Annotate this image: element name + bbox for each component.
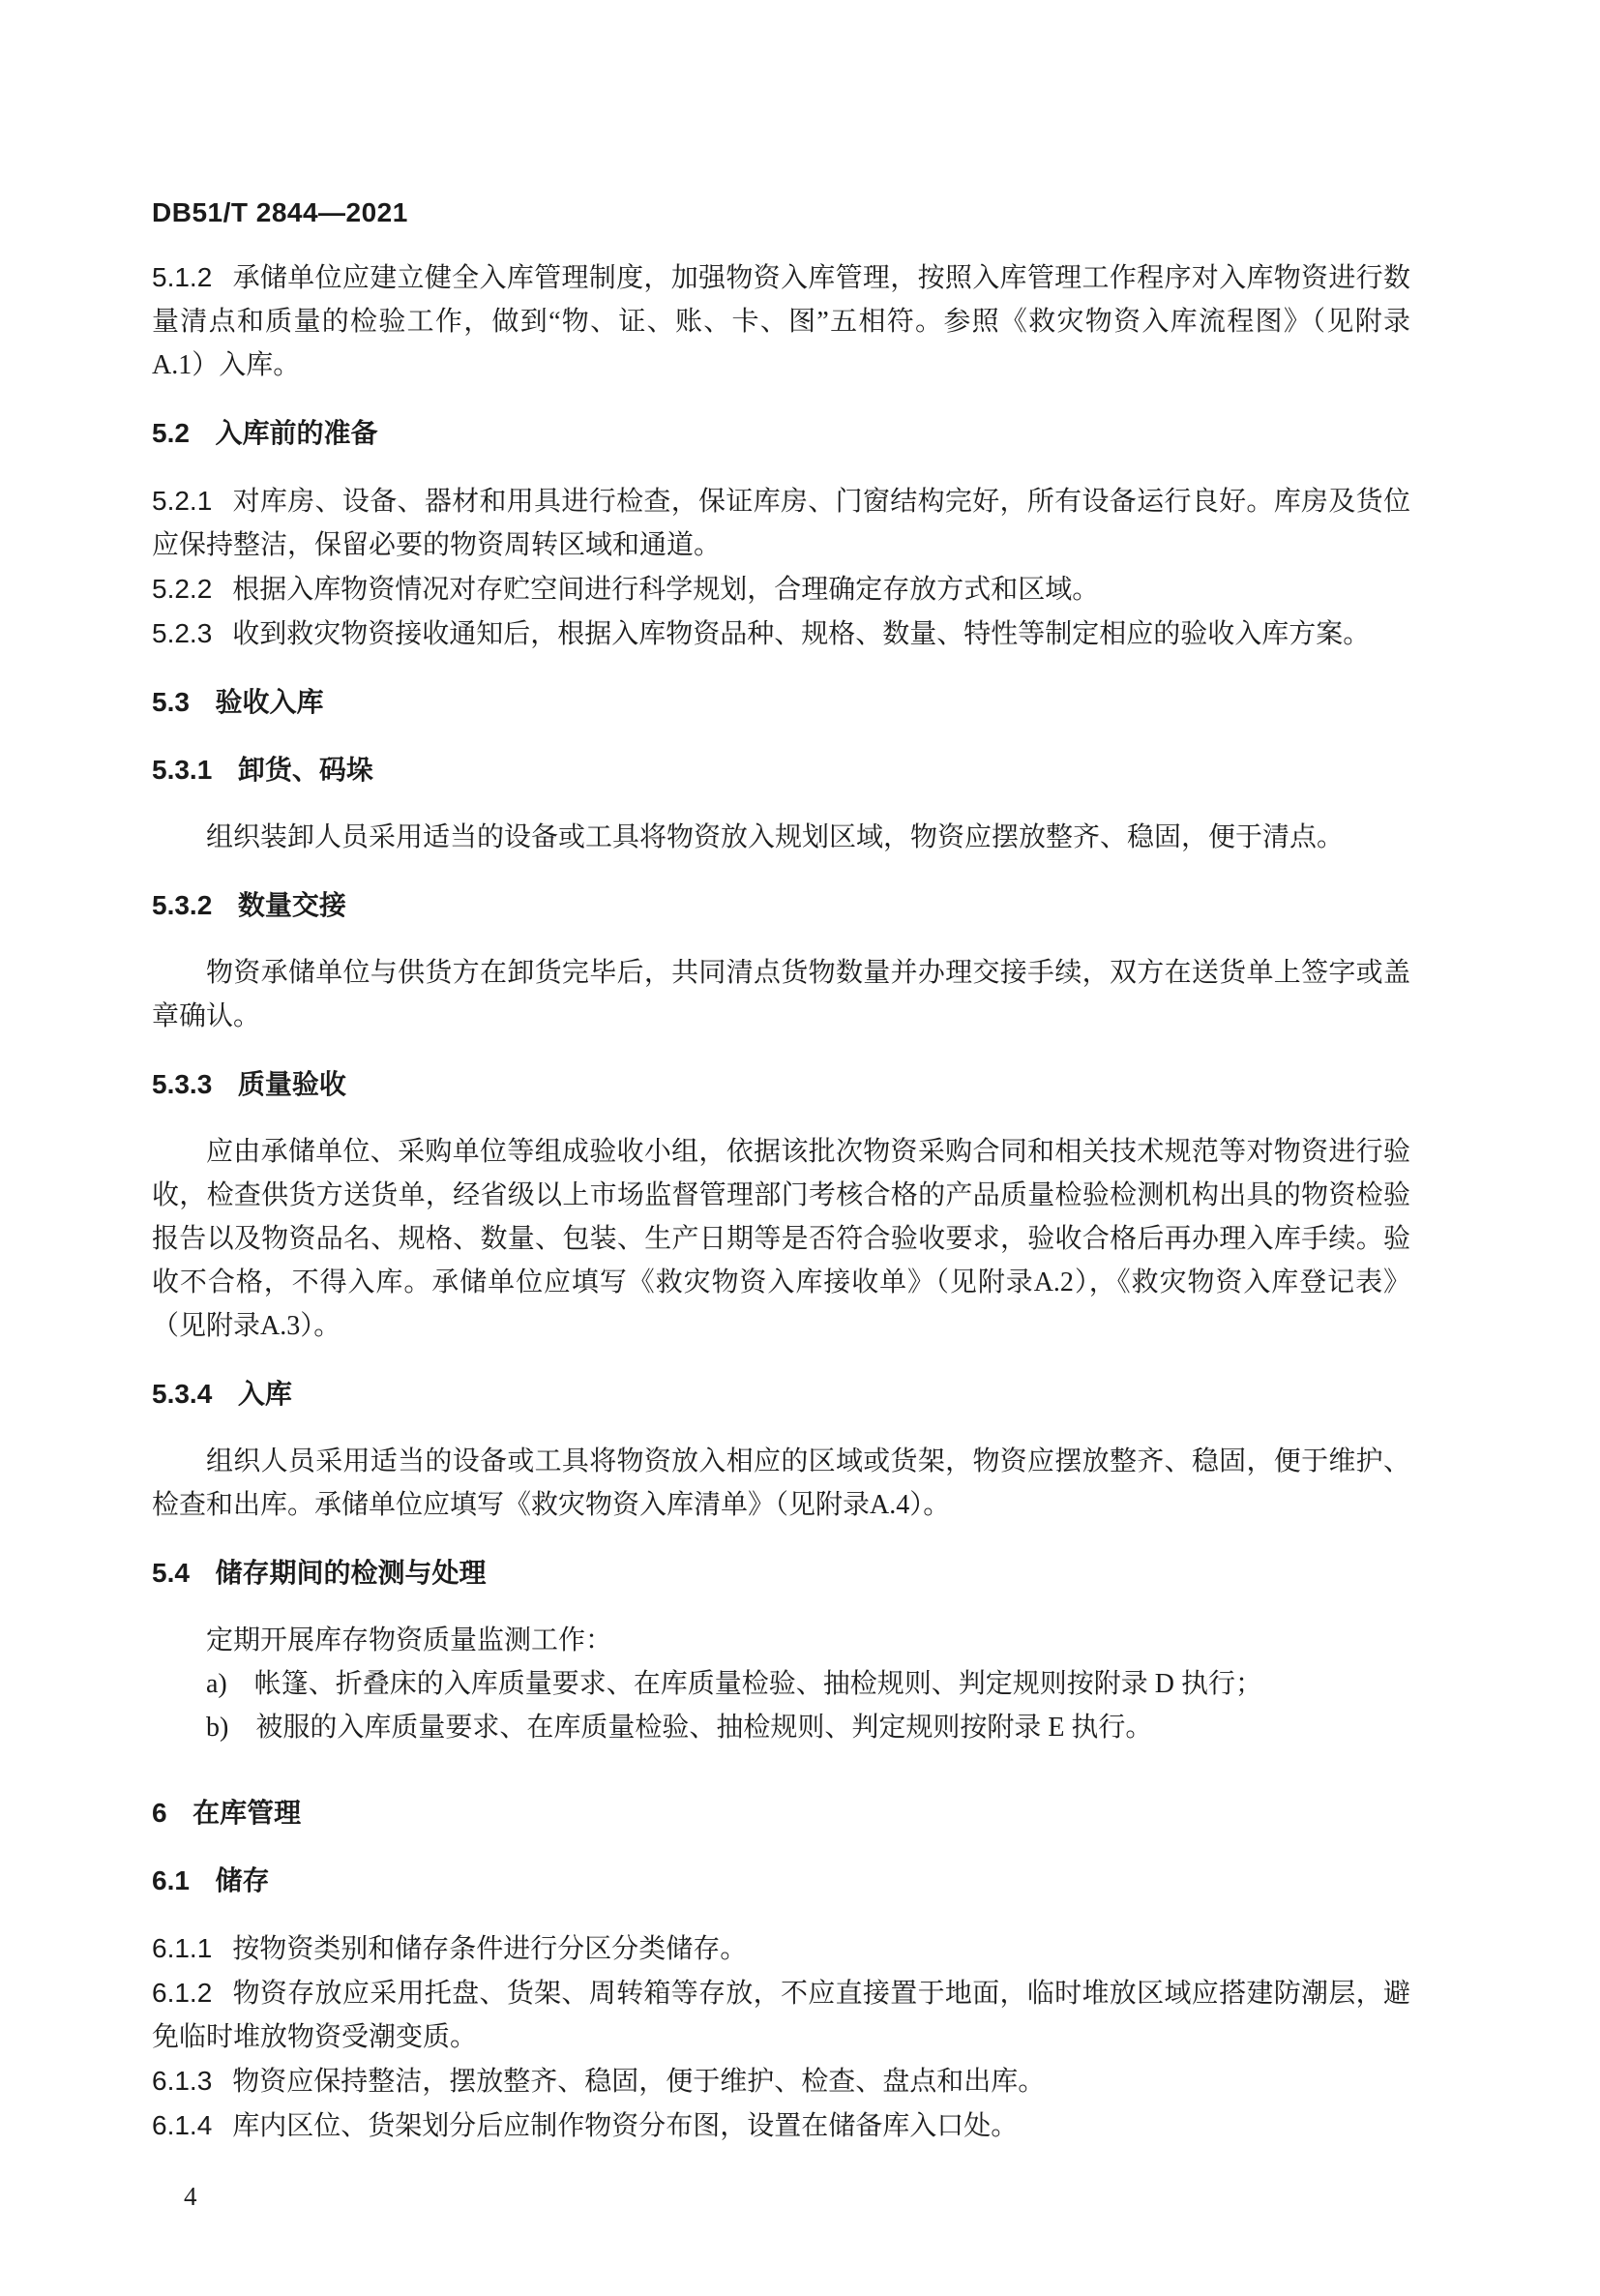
list-item-b: b)被服的入库质量要求、在库质量检验、抽检规则、判定规则按附录 E 执行。: [152, 1706, 1410, 1749]
clause-6-1-1: 6.1.1按物资类别和储存条件进行分区分类储存。: [152, 1926, 1410, 1971]
paragraph-5-3-4: 组织人员采用适当的设备或工具将物资放入相应的区域或货架，物资应摆放整齐、稳固，便…: [152, 1440, 1410, 1527]
heading-5-3-2: 5.3.2数量交接: [152, 883, 1410, 927]
clause-text: 物资应保持整洁，摆放整齐、稳固，便于维护、检查、盘点和出库。: [232, 2067, 1045, 2097]
list-item-a: a)帐篷、折叠床的入库质量要求、在库质量检验、抽检规则、判定规则按附录 D 执行…: [152, 1662, 1410, 1706]
heading-5-3-4: 5.3.4入库: [152, 1372, 1410, 1416]
clause-6-1-3: 6.1.3物资应保持整洁，摆放整齐、稳固，便于维护、检查、盘点和出库。: [152, 2059, 1410, 2103]
clause-text: 根据入库物资情况对存贮空间进行科学规划，合理确定存放方式和区域。: [232, 575, 1099, 605]
document-page: DB51/T 2844—2021 5.1.2承储单位应建立健全入库管理制度，加强…: [0, 0, 1600, 2296]
clause-number: 5.1.2: [152, 262, 212, 292]
list-item-text: 帐篷、折叠床的入库质量要求、在库质量检验、抽检规则、判定规则按附录 D 执行；: [254, 1669, 1262, 1699]
heading-6-1: 6.1储存: [152, 1859, 1410, 1902]
heading-title: 储存: [216, 1865, 270, 1895]
heading-title: 储存期间的检测与处理: [216, 1558, 487, 1588]
clause-text: 按物资类别和储存条件进行分区分类储存。: [232, 1934, 747, 1964]
heading-title: 数量交接: [238, 890, 346, 920]
list-item-text: 被服的入库质量要求、在库质量检验、抽检规则、判定规则按附录 E 执行。: [255, 1713, 1152, 1743]
heading-title: 入库: [238, 1379, 292, 1409]
paragraph-5-3-2: 物资承储单位与供货方在卸货完毕后，共同清点货物数量并办理交接手续，双方在送货单上…: [152, 951, 1410, 1038]
clause-text: 物资存放应采用托盘、货架、周转箱等存放，不应直接置于地面，临时堆放区域应搭建防潮…: [152, 1979, 1410, 2052]
clause-5-2-3: 5.2.3收到救灾物资接收通知后，根据入库物资品种、规格、数量、特性等制定相应的…: [152, 611, 1410, 656]
clause-number: 6.1.2: [152, 1978, 212, 2008]
heading-title: 质量验收: [238, 1069, 346, 1099]
heading-5-4: 5.4储存期间的检测与处理: [152, 1551, 1410, 1595]
list-marker: b): [206, 1713, 228, 1743]
clause-5-1-2: 5.1.2承储单位应建立健全入库管理制度，加强物资入库管理，按照入库管理工作程序…: [152, 255, 1410, 387]
heading-number: 5.3.3: [152, 1069, 212, 1099]
clause-number: 6.1.1: [152, 1933, 212, 1963]
heading-5-3-3: 5.3.3质量验收: [152, 1062, 1410, 1106]
heading-number: 5.2: [152, 418, 190, 448]
heading-5-3: 5.3验收入库: [152, 680, 1410, 724]
heading-number: 5.3.4: [152, 1379, 212, 1409]
paragraph-5-3-3: 应由承储单位、采购单位等组成验收小组，依据该批次物资采购合同和相关技术规范等对物…: [152, 1130, 1410, 1348]
clause-number: 5.2.1: [152, 486, 212, 516]
clause-6-1-4: 6.1.4库内区位、货架划分后应制作物资分布图，设置在储备库入口处。: [152, 2103, 1410, 2148]
list-marker: a): [206, 1669, 227, 1699]
heading-title: 卸货、码垛: [238, 755, 373, 785]
clause-5-2-1: 5.2.1对库房、设备、器材和用具进行检查，保证库房、门窗结构完好，所有设备运行…: [152, 479, 1410, 567]
clause-6-1-2: 6.1.2物资存放应采用托盘、货架、周转箱等存放，不应直接置于地面，临时堆放区域…: [152, 1971, 1410, 2059]
clause-text: 承储单位应建立健全入库管理制度，加强物资入库管理，按照入库管理工作程序对入库物资…: [152, 263, 1410, 380]
heading-title: 入库前的准备: [216, 418, 378, 448]
heading-number: 5.3.2: [152, 890, 212, 920]
clause-number: 5.2.2: [152, 574, 212, 604]
clause-text: 对库房、设备、器材和用具进行检查，保证库房、门窗结构完好，所有设备运行良好。库房…: [152, 487, 1410, 560]
page-number: 4: [184, 2175, 1410, 2219]
heading-number: 5.3: [152, 687, 190, 717]
heading-6: 6在库管理: [152, 1791, 1410, 1834]
document-header: DB51/T 2844—2021: [152, 191, 1410, 234]
heading-title: 验收入库: [216, 687, 324, 717]
clause-text: 库内区位、货架划分后应制作物资分布图，设置在储备库入口处。: [232, 2111, 1018, 2141]
heading-title: 在库管理: [193, 1798, 301, 1828]
heading-number: 5.3.1: [152, 755, 212, 785]
heading-number: 5.4: [152, 1558, 190, 1588]
heading-5-2: 5.2入库前的准备: [152, 411, 1410, 455]
paragraph-5-4-intro: 定期开展库存物资质量监测工作：: [152, 1619, 1410, 1662]
clause-text: 收到救灾物资接收通知后，根据入库物资品种、规格、数量、特性等制定相应的验收入库方…: [232, 619, 1370, 649]
clause-number: 6.1.3: [152, 2066, 212, 2096]
heading-5-3-1: 5.3.1卸货、码垛: [152, 748, 1410, 791]
heading-number: 6: [152, 1798, 167, 1828]
clause-number: 5.2.3: [152, 618, 212, 648]
heading-number: 6.1: [152, 1865, 190, 1895]
clause-number: 6.1.4: [152, 2110, 212, 2140]
clause-5-2-2: 5.2.2根据入库物资情况对存贮空间进行科学规划，合理确定存放方式和区域。: [152, 567, 1410, 611]
paragraph-5-3-1: 组织装卸人员采用适当的设备或工具将物资放入规划区域，物资应摆放整齐、稳固，便于清…: [152, 816, 1410, 859]
